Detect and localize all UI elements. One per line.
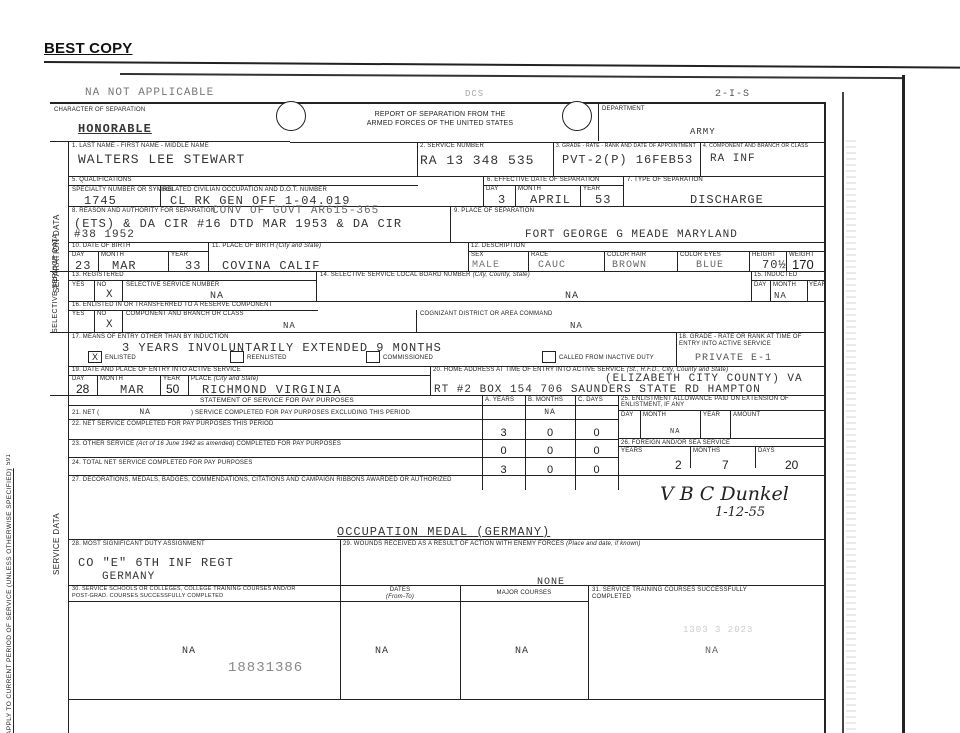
field-28-label: 28. MOST SIGNIFICANT DUTY ASSIGNMENT	[72, 541, 205, 547]
commissioned-checkbox[interactable]	[366, 351, 380, 363]
inducted-value: NA	[774, 291, 787, 301]
form-inner-left-border	[68, 141, 69, 733]
race-label: RACE	[531, 252, 548, 258]
label-italic: (Act of 16 June 1942 as amended)	[136, 441, 234, 447]
pay-row-22-years: 3	[482, 427, 525, 439]
months-label: MONTHS	[693, 448, 720, 454]
label-text: PLACE	[191, 376, 212, 382]
field-16-label: 16. ENLISTED IN OR TRANSFERRED TO A RESE…	[72, 302, 273, 308]
form-title-line1: REPORT OF SEPARATION FROM THE	[350, 111, 530, 118]
divider	[450, 206, 451, 242]
divider	[122, 280, 123, 301]
field-17-label: 17. MEANS OF ENTRY OTHER THAN BY INDUCTI…	[72, 334, 229, 340]
divider	[430, 366, 431, 395]
day-label: DAY	[621, 412, 634, 418]
called-from-inactive-label: CALLED FROM INACTIVE DUTY	[559, 355, 654, 361]
field-14-label: 14. SELECTIVE SERVICE LOCAL BOARD NUMBER…	[320, 272, 530, 278]
field-27-label: 27. DECORATIONS, MEDALS, BADGES, COMMEND…	[72, 477, 452, 483]
amount-label: AMOUNT	[733, 412, 760, 418]
month-label: MONTH	[773, 282, 796, 288]
foreign-years-value: 2	[675, 458, 682, 472]
month-label: MONTH	[100, 376, 123, 382]
schools-value: NA	[182, 646, 196, 657]
years-label: YEARS	[621, 448, 642, 454]
divider	[786, 251, 787, 271]
inner-margin-rule	[842, 92, 844, 733]
reason-line3: #38 1952	[74, 229, 135, 241]
hair-value: BROWN	[612, 260, 647, 271]
rule	[68, 601, 588, 602]
pay-row-21-months: NA	[525, 408, 575, 417]
label-italic: (City and State)	[276, 243, 321, 249]
label-mid: NA	[139, 408, 151, 417]
hair-label: COLOR HAIR	[607, 252, 646, 258]
months-column-header: B. MONTHS	[528, 397, 563, 403]
pay-row-23-label: 23. OTHER SERVICE (Act of 16 June 1942 a…	[72, 441, 341, 447]
hole-punch-right	[562, 101, 592, 131]
field-11-label: 11. PLACE OF BIRTH (City and State)	[212, 243, 321, 249]
dates-value: NA	[375, 646, 389, 657]
field-19-label: 19. DATE AND PLACE OF ENTRY INTO ACTIVE …	[72, 367, 241, 373]
no-label: NO	[97, 282, 106, 288]
rule	[50, 332, 825, 333]
rule	[68, 475, 825, 476]
field-31-label-line1: 31. SERVICE TRAINING COURSES SUCCESSFULL…	[592, 587, 747, 593]
entry-grade-value: PRIVATE E-1	[695, 353, 772, 364]
yes-label: YES	[72, 311, 85, 317]
weight-value: 170	[792, 257, 814, 272]
scan-noise	[846, 140, 856, 730]
selective-service-side-label: SELECTIVE SERVICE DATA	[52, 275, 59, 333]
days-label: DAYS	[758, 448, 775, 454]
field-7-label: 7. TYPE OF SEPARATION	[627, 177, 703, 183]
divider	[417, 142, 418, 176]
rule	[68, 457, 618, 458]
field-29-label: 29. WOUNDS RECEIVED AS A RESULT OF ACTIO…	[343, 541, 641, 547]
divider	[515, 185, 516, 206]
field-10-label: 10. DATE OF BIRTH	[72, 243, 131, 249]
divider	[700, 410, 701, 438]
rule	[68, 539, 825, 540]
year-label: YEAR	[171, 252, 188, 258]
label-italic: (Place and date, if known)	[566, 541, 641, 547]
service-data-side-label: SERVICE DATA	[52, 485, 61, 575]
registered-no-mark: X	[106, 289, 114, 301]
rule	[751, 280, 825, 281]
major-courses-label: MAJOR COURSES	[460, 590, 588, 596]
rule	[68, 405, 618, 406]
divider	[483, 176, 484, 206]
not-applicable-stamp: NA NOT APPLICABLE	[85, 87, 214, 99]
service-training-value: NA	[705, 646, 719, 657]
field-30-label-line1: 30. SERVICE SCHOOLS OR COLLEGES, COLLEGE…	[72, 586, 296, 592]
rule	[68, 176, 825, 177]
handwritten-date: 1-12-55	[715, 505, 765, 520]
page-mark: 591	[6, 445, 12, 465]
divider	[588, 585, 589, 699]
dcs-stamp: DCS	[465, 89, 484, 99]
eyes-value: BLUE	[696, 260, 724, 271]
field-9-label: 9. PLACE OF SEPARATION	[454, 208, 534, 214]
divider	[160, 375, 161, 395]
divider	[94, 280, 95, 301]
district-label: COGNIZANT DISTRICT OR AREA COMMAND	[420, 311, 553, 317]
rule	[68, 206, 825, 207]
separation-month-value: APRIL	[530, 193, 571, 207]
rule	[68, 280, 316, 281]
divider	[807, 280, 808, 301]
label-text: 21. NET (	[72, 410, 99, 416]
reserve-component-value: NA	[283, 321, 296, 331]
commissioned-label: COMMISSIONED	[383, 355, 433, 361]
rule	[68, 699, 825, 700]
label-italic: (From-To)	[386, 594, 414, 600]
divider	[168, 251, 169, 271]
label-end: COMPLETED FOR PAY PURPOSES	[237, 441, 342, 447]
year-label: YEAR	[583, 186, 600, 192]
civilian-occupation-label: RELATED CIVILIAN OCCUPATION AND D.O.T. N…	[163, 187, 327, 193]
month-label: MONTH	[101, 252, 124, 258]
dates-label: DATES	[340, 587, 460, 593]
field-3-label: 3. GRADE - RATE - RANK AND DATE OF APPOI…	[556, 143, 696, 149]
dates-sublabel: (From-To)	[340, 594, 460, 600]
day-label: DAY	[754, 282, 767, 288]
divider	[340, 539, 341, 699]
month-label: MONTH	[518, 186, 541, 192]
pay-row-22-label: 22. NET SERVICE COMPLETED FOR PAY PURPOS…	[72, 421, 274, 427]
reserve-component-label: COMPONENT AND BRANCH OR CLASS	[126, 311, 244, 317]
field-2-label: 2. SERVICE NUMBER	[420, 143, 484, 149]
grade-value: PVT-2(P) 16FEB53	[562, 153, 693, 167]
divider	[751, 271, 752, 301]
sheet-top-edge	[120, 73, 904, 79]
divider	[770, 280, 771, 301]
reserve-no-mark: X	[106, 319, 114, 331]
pay-row-22-days: 0	[575, 427, 618, 439]
field-30-label-line2: POST-GRAD. COURSES SUCCESSFULLY COMPLETE…	[72, 593, 223, 599]
department-value: ARMY	[690, 127, 716, 137]
rule	[50, 141, 290, 142]
rule	[68, 242, 825, 243]
height-value: 70½	[762, 258, 787, 272]
outer-margin-note: APPLY TO CURRENT PERIOD OF SERVICE (unle…	[6, 475, 13, 733]
separation-form: NA NOT APPLICABLE DCS 2-I-S CHARACTER OF…	[50, 105, 825, 733]
enlisted-checkbox[interactable]: X	[88, 351, 102, 363]
foreign-months-value: 7	[722, 458, 729, 472]
pay-row-23-days: 0	[575, 445, 618, 457]
divider	[160, 185, 161, 206]
divider	[208, 242, 209, 271]
component-value: RA INF	[710, 153, 756, 165]
called-from-inactive-checkbox[interactable]	[542, 351, 556, 363]
divider	[730, 410, 731, 438]
pay-row-23-months: 0	[525, 445, 575, 457]
character-of-separation-value: HONORABLE	[78, 122, 152, 136]
rule	[618, 410, 825, 411]
best-copy-header: BEST COPY	[44, 40, 132, 57]
no-label: NO	[97, 311, 106, 317]
rule	[618, 446, 825, 447]
separation-day-value: 3	[498, 193, 506, 207]
separation-place-value: FORT GEORGE G MEADE MARYLAND	[525, 229, 738, 241]
form-top-border	[50, 102, 825, 104]
divider	[316, 271, 317, 301]
pay-row-22-months: 0	[525, 427, 575, 439]
separation-type-value: DISCHARGE	[690, 193, 764, 207]
service-number-value: RA 13 348 535	[420, 153, 534, 168]
label-italic: (City, County, State)	[473, 272, 530, 278]
divider	[640, 410, 641, 438]
divider	[98, 251, 99, 271]
divider	[580, 185, 581, 206]
allowance-value: NA	[670, 428, 680, 436]
ss-number-label: SELECTIVE SERVICE NUMBER	[126, 282, 219, 288]
name-value: WALTERS LEE STEWART	[78, 152, 245, 167]
eyes-label: COLOR EYES	[680, 252, 721, 258]
divider	[188, 375, 189, 395]
label-text: 20. HOME ADDRESS AT TIME OF ENTRY INTO A…	[433, 367, 625, 373]
label-text: 23. OTHER SERVICE	[72, 441, 134, 447]
field-1-label: 1. LAST NAME - FIRST NAME - MIDDLE NAME	[72, 143, 209, 149]
field-13-label: 13. REGISTERED	[72, 272, 124, 278]
foreign-days-value: 20	[785, 458, 798, 472]
field-15-label: 15. INDUCTED	[754, 272, 797, 278]
divider	[755, 446, 756, 468]
wounds-value: NONE	[537, 577, 565, 588]
divider	[623, 176, 624, 206]
divider	[460, 585, 461, 699]
divider	[598, 102, 599, 141]
code-stamp: 2-I-S	[715, 89, 750, 100]
race-value: CAUC	[538, 260, 566, 271]
hole-punch-left	[276, 101, 306, 131]
label-text: 29. WOUNDS RECEIVED AS A RESULT OF ACTIO…	[343, 541, 564, 547]
divider	[553, 142, 554, 176]
means-of-entry-value: 3 YEARS INVOLUNTARILY EXTENDED 9 MONTHS	[122, 341, 442, 355]
divider	[528, 251, 529, 271]
pay-row-21-label: 21. NET (NA) SERVICE COMPLETED FOR PAY P…	[72, 408, 410, 417]
separation-year-value: 53	[595, 193, 611, 207]
field-25-label: 25. ENLISTMENT ALLOWANCE PAID ON EXTENSI…	[621, 396, 821, 408]
entry-place-label: PLACE (City and State)	[191, 376, 258, 382]
district-value: NA	[570, 321, 583, 331]
form-right-border	[824, 102, 826, 733]
enlisted-label: ENLISTED	[105, 355, 136, 361]
divider	[677, 251, 678, 271]
pay-row-24-label: 24. TOTAL NET SERVICE COMPLETED FOR PAY …	[72, 460, 253, 466]
duty-assignment-line2: GERMANY	[102, 571, 155, 583]
label-text: 11. PLACE OF BIRTH	[212, 243, 274, 249]
label-text: 14. SELECTIVE SERVICE LOCAL BOARD NUMBER	[320, 272, 471, 278]
rule	[483, 185, 623, 186]
form-title-line2: ARMED FORCES OF THE UNITED STATES	[340, 120, 540, 127]
field-8-label: 8. REASON AND AUTHORITY FOR SEPARATION	[72, 208, 215, 214]
sex-label: SEX	[471, 252, 484, 258]
month-label: MONTH	[643, 412, 666, 418]
reason-line1: CONV OF GOVT AR615-365	[212, 205, 379, 217]
days-column-header: C. DAYS	[578, 397, 603, 403]
field-31-label-line2: COMPLETED	[592, 594, 631, 600]
divider	[94, 310, 95, 332]
faded-stamp: 1303 3 2023	[683, 625, 753, 635]
sheet-right-edge	[902, 75, 905, 733]
divider	[676, 332, 677, 366]
year-label: YEAR	[703, 412, 720, 418]
pay-row-23-years: 0	[482, 445, 525, 457]
yes-label: YES	[72, 282, 85, 288]
field-12-label: 12. DESCRIPTION	[471, 243, 525, 249]
divider	[416, 310, 417, 332]
year-label: YEAR	[809, 282, 826, 288]
character-of-separation-label: CHARACTER OF SEPARATION	[54, 107, 145, 113]
divider	[468, 242, 469, 271]
rule	[68, 419, 618, 420]
decorations-value: OCCUPATION MEDAL (GERMANY)	[337, 525, 550, 539]
rule	[68, 439, 618, 440]
divider	[604, 251, 605, 271]
field-18-label: 18. GRADE - RATE OR RANK AT TIME OF ENTR…	[679, 334, 821, 348]
serial-stamp: 18831386	[228, 660, 303, 676]
divider	[700, 142, 701, 176]
divider	[122, 310, 123, 332]
day-label: DAY	[486, 186, 499, 192]
label-italic: (City and State)	[214, 376, 259, 382]
years-column-header: A. YEARS	[485, 397, 514, 403]
duty-assignment-line1: CO "E" 6TH INF REGT	[78, 556, 234, 570]
rule	[618, 438, 825, 439]
day-label: DAY	[72, 252, 85, 258]
divider	[690, 446, 691, 468]
rule	[68, 185, 418, 186]
entry-day-value: 28	[76, 382, 89, 396]
field-4-label: 4. COMPONENT AND BRANCH OR CLASS	[703, 143, 808, 149]
entry-year-value: 50	[166, 382, 179, 396]
divider	[97, 375, 98, 395]
header-rule	[44, 61, 960, 69]
reenlisted-label: REENLISTED	[247, 355, 287, 361]
label-end: ) SERVICE COMPLETED FOR PAY PURPOSES EXC…	[191, 410, 410, 416]
department-label: DEPARTMENT	[602, 106, 645, 112]
major-courses-value: NA	[515, 646, 529, 657]
sex-value: MALE	[472, 260, 500, 271]
reenlisted-checkbox[interactable]	[230, 351, 244, 363]
divider	[749, 251, 750, 271]
handwritten-signature: V B C Dunkel	[660, 483, 789, 505]
pay-statement-heading: STATEMENT OF SERVICE FOR PAY PURPOSES	[200, 397, 354, 404]
field-6-label: 6. EFFECTIVE DATE OF SEPARATION	[487, 177, 600, 183]
field-5-label: 5. QUALIFICATIONS	[72, 177, 132, 183]
